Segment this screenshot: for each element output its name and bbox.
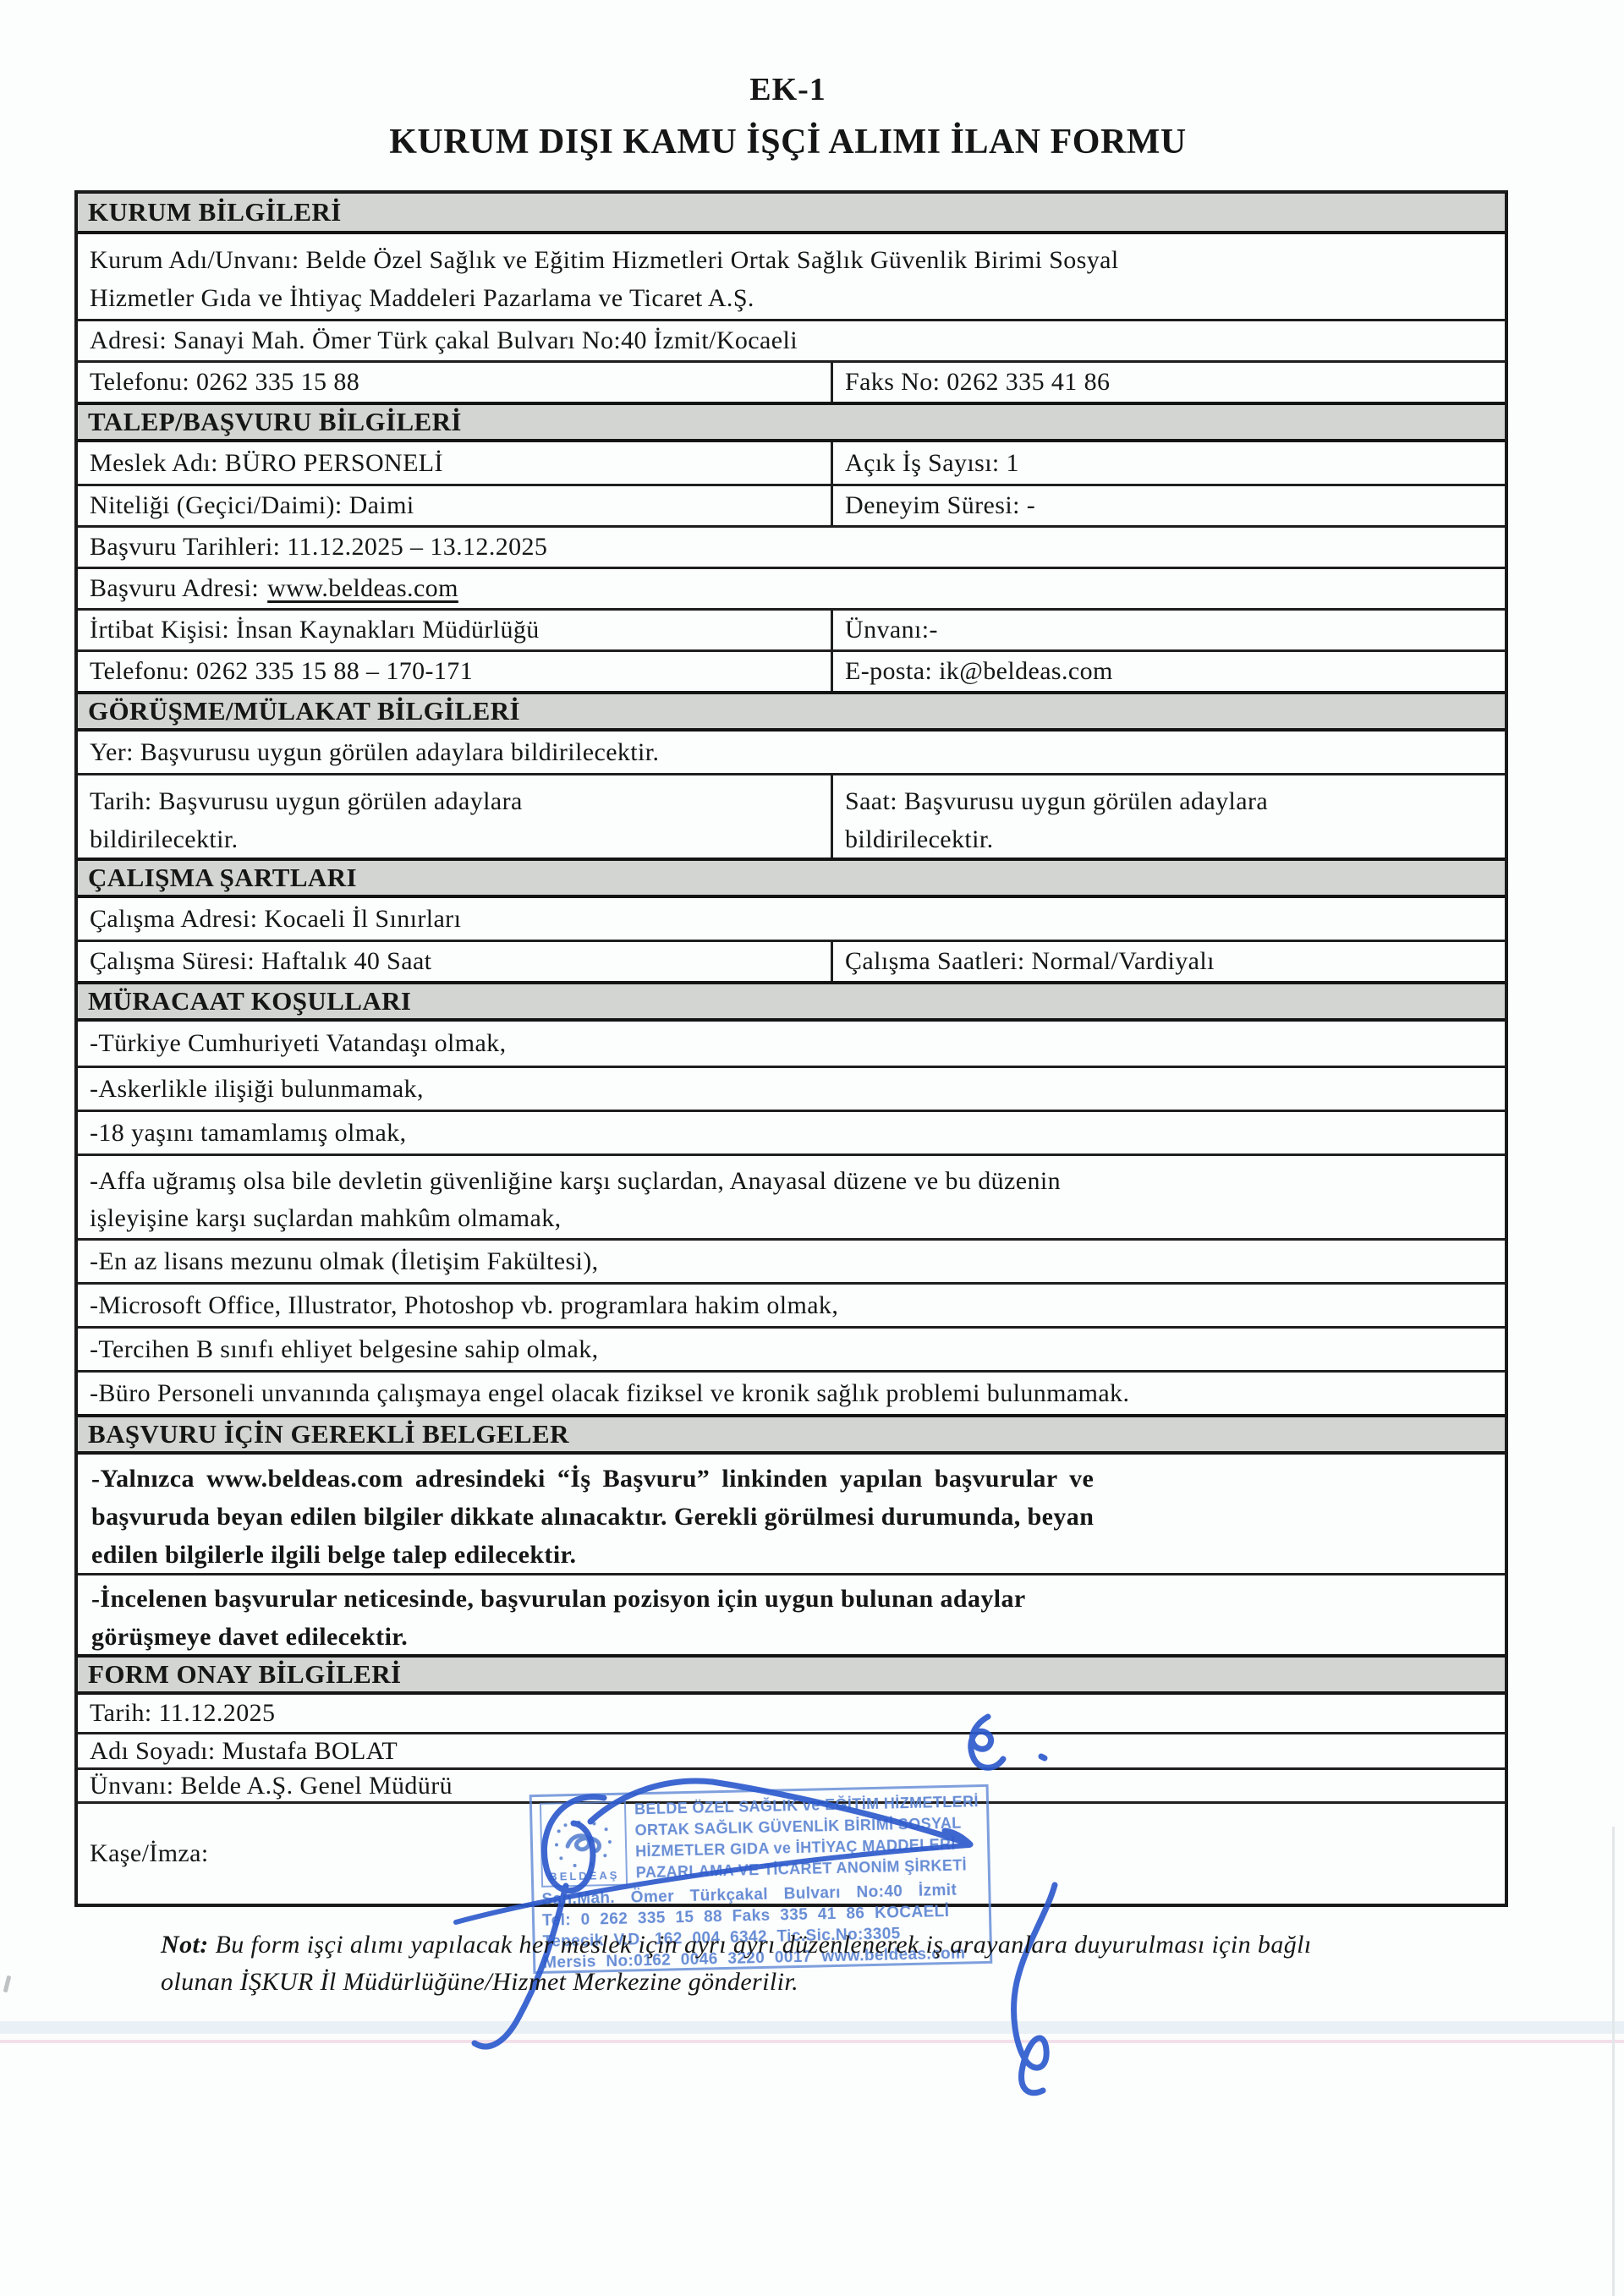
scan-artifact-blue-band [0, 2021, 1624, 2034]
basvuru-adresi-label: Başvuru Adresi: [90, 574, 259, 602]
row-calisma-suresi-saatleri: Çalışma Süresi: Haftalık 40 Saat Çalışma… [78, 940, 1505, 981]
footer-note: Not: Bu form işçi alımı yapılacak her me… [161, 1926, 1446, 2000]
section-header-gerekli-belgeler: BAŞVURU İÇİN GEREKLİ BELGELER [78, 1414, 1505, 1455]
page-title: KURUM DIŞI KAMU İŞÇİ ALIMI İLAN FORMU [74, 122, 1501, 162]
stamp-company-name: BELDE ÖZEL SAĞLIK ve EĞİTİM HİZMETLERİ O… [634, 1791, 980, 1887]
field-calisma-saatleri: Çalışma Saatleri: Normal/Vardiyalı [833, 947, 1226, 976]
note-line-1: Bu form işçi alımı yapılacak her meslek … [216, 1931, 1312, 1959]
field-telefonu-2: Telefonu: 0262 335 15 88 – 170-171 [78, 657, 485, 686]
field-adi-soyadi: Adı Soyadı: Mustafa BOLAT [78, 1737, 409, 1766]
field-niteligi: Niteliği (Geçici/Daimi): Daimi [78, 491, 426, 520]
field-yer: Yer: Başvurusu uygun görülen adaylara bi… [78, 738, 671, 767]
kosul-programlar: -Microsoft Office, Illustrator, Photosho… [78, 1291, 850, 1320]
row-adi-soyadi: Adı Soyadı: Mustafa BOLAT [78, 1732, 1505, 1767]
section-title: TALEP/BAŞVURU BİLGİLERİ [88, 407, 462, 437]
row-kosul-4: -Affa uğramış olsa bile devletin güvenli… [78, 1153, 1505, 1238]
form-table: KURUM BİLGİLERİ Kurum Adı/Unvanı: Belde … [74, 190, 1508, 1907]
kosul-askerlik: -Askerlikle ilişiği bulunmamak, [78, 1075, 436, 1104]
row-basvuru-tarihleri: Başvuru Tarihleri: 11.12.2025 – 13.12.20… [78, 525, 1505, 567]
kosul-vatandaslik: -Türkiye Cumhuriyeti Vatandaşı olmak, [78, 1029, 518, 1058]
belge-degerlendirme: -İncelenen başvurular neticesinde, başvu… [78, 1575, 1040, 1656]
section-header-form-onay: FORM ONAY BİLGİLERİ [78, 1654, 1505, 1695]
row-telefon2-eposta: Telefonu: 0262 335 15 88 – 170-171 E-pos… [78, 649, 1505, 691]
row-kosul-8: -Büro Personeli unvanında çalışmaya enge… [78, 1370, 1505, 1414]
kosul-egitim: -En az lisans mezunu olmak (İletişim Fak… [78, 1247, 611, 1276]
field-kase-imza-label: Kaşe/İmza: [78, 1839, 221, 1868]
basvuru-adresi-url: www.beldeas.com [267, 574, 458, 602]
scan-artifact-pink-line [0, 2040, 1624, 2043]
field-adresi: Adresi: Sanayi Mah. Ömer Türk çakal Bulv… [78, 326, 809, 355]
section-title: KURUM BİLGİLERİ [88, 197, 342, 227]
row-niteligi: Niteliği (Geçici/Daimi): Daimi Deneyim S… [78, 484, 1505, 525]
note-line-2: olunan İŞKUR İl Müdürlüğüne/Hizmet Merke… [161, 1964, 1446, 2001]
row-kosul-6: -Microsoft Office, Illustrator, Photosho… [78, 1282, 1505, 1326]
row-belge-2: -İncelenen başvurular neticesinde, başvu… [78, 1573, 1505, 1654]
field-deneyim-suresi: Deneyim Süresi: - [833, 491, 1047, 520]
section-header-gorusme-mulakat: GÖRÜŞME/MÜLAKAT BİLGİLERİ [78, 691, 1505, 732]
section-header-kurum-bilgileri: KURUM BİLGİLERİ [78, 194, 1505, 234]
section-title: ÇALIŞMA ŞARTLARI [88, 863, 357, 893]
section-header-talep-basvuru: TALEP/BAŞVURU BİLGİLERİ [78, 402, 1505, 442]
belge-basvuru-sekli: -Yalnızca www.beldeas.com adresindeki “İ… [78, 1455, 1107, 1574]
note-label: Not: [161, 1931, 209, 1959]
section-header-calisma-sartlari: ÇALIŞMA ŞARTLARI [78, 858, 1505, 898]
scan-artifact-left-mark [3, 1975, 12, 1993]
field-calisma-suresi: Çalışma Süresi: Haftalık 40 Saat [78, 947, 443, 976]
field-irtibat-kisisi: İrtibat Kişisi: İnsan Kaynakları Müdürlü… [78, 616, 551, 644]
field-basvuru-adresi: Başvuru Adresi:www.beldeas.com [78, 574, 470, 603]
field-telefonu: Telefonu: 0262 335 15 88 [78, 368, 371, 397]
row-tarih-saat: Tarih: Başvurusu uygun görülen adaylara … [78, 773, 1505, 858]
stamp-logo-box: BELDEAŞ [540, 1801, 628, 1888]
section-title: BAŞVURU İÇİN GEREKLİ BELGELER [88, 1419, 569, 1449]
kosul-yas: -18 yaşını tamamlamış olmak, [78, 1119, 418, 1148]
row-kurum-adi: Kurum Adı/Unvanı: Belde Özel Sağlık ve E… [78, 234, 1505, 319]
section-title: MÜRACAAT KOŞULLARI [88, 986, 411, 1016]
row-kosul-1: -Türkiye Cumhuriyeti Vatandaşı olmak, [78, 1022, 1505, 1066]
section-title: GÖRÜŞME/MÜLAKAT BİLGİLERİ [88, 696, 520, 726]
field-basvuru-tarihleri: Başvuru Tarihleri: 11.12.2025 – 13.12.20… [78, 533, 559, 562]
row-kosul-5: -En az lisans mezunu olmak (İletişim Fak… [78, 1238, 1505, 1282]
field-mulakat-saat: Saat: Başvurusu uygun görülen adaylara b… [833, 775, 1280, 858]
row-yer: Yer: Başvurusu uygun görülen adaylara bi… [78, 732, 1505, 773]
scanned-document-page: { "page": { "doc_label": "EK-1", "title"… [0, 0, 1624, 2296]
field-onay-unvani: Ünvanı: Belde A.Ş. Genel Müdürü [78, 1772, 464, 1800]
kosul-ehliyet: -Tercihen B sınıfı ehliyet belgesine sah… [78, 1335, 611, 1364]
row-belge-1: -Yalnızca www.beldeas.com adresindeki “İ… [78, 1455, 1505, 1573]
row-calisma-adresi: Çalışma Adresi: Kocaeli İl Sınırları [78, 898, 1505, 940]
row-onay-tarih: Tarih: 11.12.2025 [78, 1695, 1505, 1732]
scan-artifact-edge-line [1612, 1827, 1615, 2296]
row-meslek: Meslek Adı: BÜRO PERSONELİ Açık İş Sayıs… [78, 442, 1505, 484]
row-kosul-2: -Askerlikle ilişiği bulunmamak, [78, 1066, 1505, 1110]
row-adresi: Adresi: Sanayi Mah. Ömer Türk çakal Bulv… [78, 319, 1505, 360]
field-acik-is-sayisi: Açık İş Sayısı: 1 [833, 449, 1031, 478]
field-meslek-adi: Meslek Adı: BÜRO PERSONELİ [78, 449, 455, 478]
kosul-saglik: -Büro Personeli unvanında çalışmaya enge… [78, 1379, 1141, 1408]
row-kosul-3: -18 yaşını tamamlamış olmak, [78, 1110, 1505, 1153]
kosul-mahkumiyet: -Affa uğramış olsa bile devletin güvenli… [78, 1157, 1073, 1238]
row-kosul-7: -Tercihen B sınıfı ehliyet belgesine sah… [78, 1326, 1505, 1370]
row-irtibat: İrtibat Kişisi: İnsan Kaynakları Müdürlü… [78, 608, 1505, 649]
field-kurum-adi: Kurum Adı/Unvanı: Belde Özel Sağlık ve E… [78, 236, 1131, 317]
field-onay-tarih: Tarih: 11.12.2025 [78, 1699, 287, 1728]
field-calisma-adresi: Çalışma Adresi: Kocaeli İl Sınırları [78, 905, 473, 934]
stamp-logo-text: BELDEAŞ [549, 1869, 619, 1883]
section-title: FORM ONAY BİLGİLERİ [88, 1659, 401, 1690]
row-basvuru-adresi: Başvuru Adresi:www.beldeas.com [78, 567, 1505, 608]
field-unvani-dash: Ünvanı:- [833, 616, 950, 644]
section-header-muracaat-kosullari: MÜRACAAT KOŞULLARI [78, 981, 1505, 1022]
field-eposta: E-posta: ik@beldeas.com [833, 657, 1125, 686]
row-telefon-faks: Telefonu: 0262 335 15 88 Faks No: 0262 3… [78, 360, 1505, 402]
field-faks: Faks No: 0262 335 41 86 [833, 368, 1122, 397]
field-mulakat-tarih: Tarih: Başvurusu uygun görülen adaylara … [78, 775, 535, 858]
stamp-logo-emblem [553, 1820, 613, 1871]
doc-label: EK-1 [74, 71, 1501, 108]
